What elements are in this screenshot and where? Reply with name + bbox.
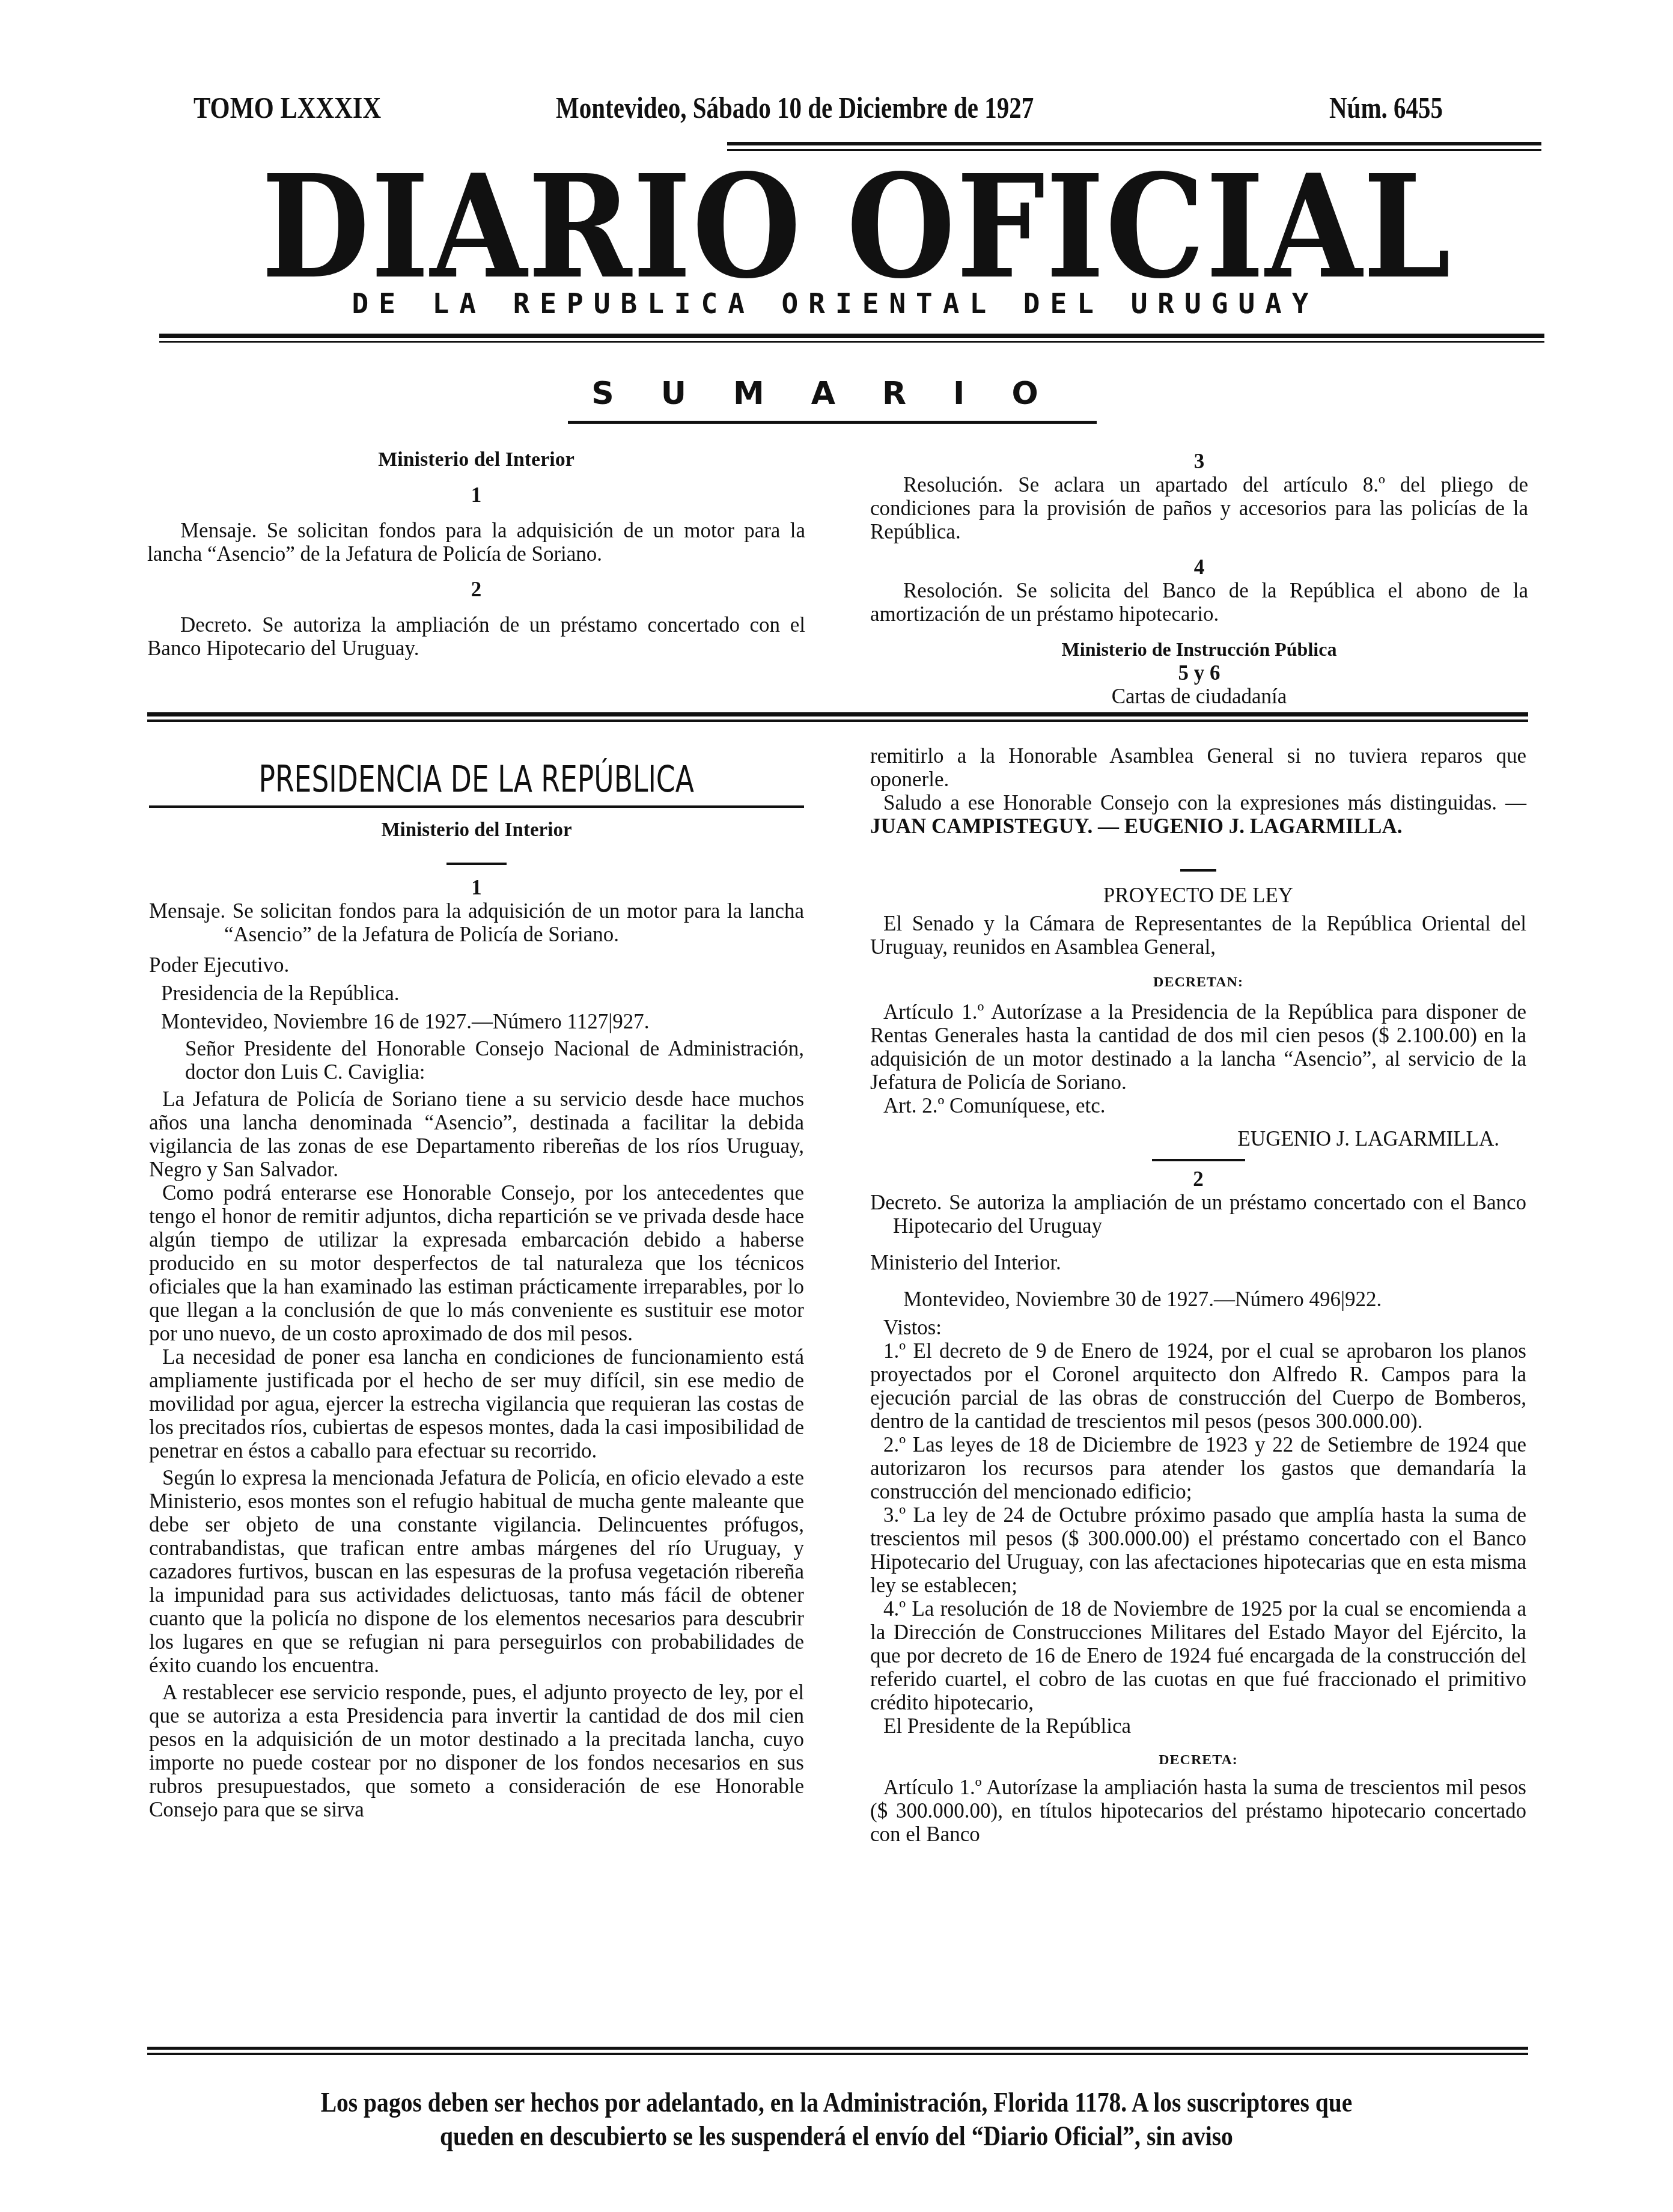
- masthead-bottom-rule-thin: [159, 341, 1544, 343]
- sumario-ministry: Ministerio del Interior: [147, 448, 805, 471]
- sumario-item-number: 3: [870, 450, 1528, 473]
- saludo-text: Saludo a ese Honorable Consejo con la ex…: [883, 791, 1526, 814]
- dateline: Montevideo, Noviembre 30 de 1927.—Número…: [870, 1288, 1526, 1311]
- body-paragraph: Según lo expresa la mencionada Jefatura …: [149, 1466, 804, 1677]
- sumario-bottom-rule: [147, 712, 1528, 716]
- decretan-heading: DECRETAN:: [870, 971, 1526, 994]
- firma: EUGENIO J. LAGARMILLA.: [870, 1127, 1526, 1150]
- sumario-item-number: 1: [147, 483, 805, 507]
- sumario-item-text[interactable]: Resolución. Se aclara un apartado del ar…: [870, 473, 1528, 543]
- right-column: remitirlo a la Honorable Asamblea Genera…: [870, 744, 1526, 1846]
- articulo-2: Art. 2.º Comuníquese, etc.: [870, 1094, 1526, 1117]
- saludo: Saludo a ese Honorable Consejo con la ex…: [870, 791, 1526, 838]
- left-column: PRESIDENCIA DE LA REPÚBLICA Ministerio d…: [149, 759, 804, 1821]
- articulo-1: Artículo 1.º Autorízase a la Presidencia…: [870, 1000, 1526, 1094]
- item-summary: Mensaje. Se solicitan fondos para la adq…: [149, 899, 804, 946]
- body-paragraph: La Jefatura de Policía de Soriano tiene …: [149, 1087, 804, 1181]
- decreta-heading: DECRETA:: [870, 1749, 1526, 1772]
- ministry-heading: Ministerio del Interior: [149, 819, 804, 842]
- proyecto-title: PROYECTO DE LEY: [870, 884, 1526, 907]
- sumario-heading: SUMARIO: [559, 376, 1118, 412]
- sumario-item-text[interactable]: Mensaje. Se solicitan fondos para la adq…: [147, 519, 805, 566]
- newspaper-title: DIARIO OFICIAL: [180, 157, 1520, 296]
- body-paragraph: La necesidad de poner esa lancha en cond…: [149, 1345, 804, 1462]
- continuation: remitirlo a la Honorable Asamblea Genera…: [870, 744, 1526, 791]
- section-title-rule: [149, 805, 804, 808]
- proyecto-intro: El Senado y la Cámara de Representantes …: [870, 912, 1526, 959]
- articulo-1-decreto: Artículo 1.º Autorízase la ampliación ha…: [870, 1776, 1526, 1846]
- issue-number: Núm. 6455: [1329, 90, 1443, 125]
- item-number: 2: [870, 1167, 1526, 1191]
- masthead-bottom-rule: [159, 334, 1544, 338]
- item-summary: Decreto. Se autoriza la ampliación de un…: [870, 1191, 1526, 1238]
- footer-notice: Los pagos deben ser hechos por adelantad…: [90, 2086, 1583, 2153]
- footer-top-rule: [147, 2047, 1528, 2050]
- signatures: JUAN CAMPISTEGUY. — EUGENIO J. LAGARMILL…: [870, 814, 1402, 838]
- footer-top-rule-thin: [147, 2053, 1528, 2055]
- footer-line-1: Los pagos deben ser hechos por adelantad…: [195, 2086, 1478, 2119]
- body-paragraph: A restablecer ese servicio responde, pue…: [149, 1681, 804, 1821]
- masthead-topline: TOMO LXXXIX Montevideo, Sábado 10 de Dic…: [0, 90, 1673, 132]
- addressee: Señor Presidente del Honorable Consejo N…: [149, 1037, 804, 1084]
- newspaper-subtitle: DE LA REPUBLICA ORIENTAL DEL URUGUAY: [156, 287, 1514, 320]
- tomo-label: TOMO LXXXIX: [194, 90, 381, 125]
- sumario-underline: [568, 421, 1097, 424]
- sumario-item-number: 2: [147, 578, 805, 601]
- body-paragraph: Como podrá enterarse ese Honorable Conse…: [149, 1181, 804, 1345]
- sumario-item-number: 4: [870, 555, 1528, 579]
- vistos: Vistos:: [870, 1316, 1526, 1339]
- considerando: 1.º El decreto de 9 de Enero de 1924, po…: [870, 1339, 1526, 1433]
- sumario-right: 3 Resolución. Se aclara un apartado del …: [870, 450, 1528, 708]
- item-number: 1: [149, 876, 804, 899]
- section-title: PRESIDENCIA DE LA REPÚBLICA: [149, 759, 804, 801]
- sumario-item-text[interactable]: Cartas de ciudadanía: [870, 685, 1528, 708]
- issue-date: Montevideo, Sábado 10 de Diciembre de 19…: [556, 90, 1034, 125]
- considerando: 2.º Las leyes de 18 de Diciembre de 1923…: [870, 1433, 1526, 1503]
- footer-line-2: queden en descubierto se les suspenderá …: [195, 2119, 1478, 2153]
- considerando: 3.º La ley de 24 de Octubre próximo pasa…: [870, 1503, 1526, 1597]
- poder-ejecutivo: Poder Ejecutivo.: [149, 953, 804, 977]
- dateline: Montevideo, Noviembre 16 de 1927.—Número…: [149, 1010, 804, 1033]
- sumario-item-text[interactable]: Resoloción. Se solicita del Banco de la …: [870, 579, 1528, 626]
- presidencia-line: Presidencia de la República.: [149, 982, 804, 1005]
- sumario-ministry-2: Ministerio de Instrucción Pública: [870, 638, 1528, 661]
- sumario-item-number: 5 y 6: [870, 661, 1528, 685]
- ministerio-line: Ministerio del Interior.: [870, 1251, 1526, 1274]
- sumario-item-text[interactable]: Decreto. Se autoriza la ampliación de un…: [147, 613, 805, 660]
- presidente-line: El Presidente de la República: [870, 1714, 1526, 1738]
- considerando: 4.º La resolución de 18 de Noviembre de …: [870, 1597, 1526, 1714]
- sumario-left: Ministerio del Interior 1 Mensaje. Se so…: [147, 448, 805, 660]
- sumario-bottom-rule-thin: [147, 720, 1528, 722]
